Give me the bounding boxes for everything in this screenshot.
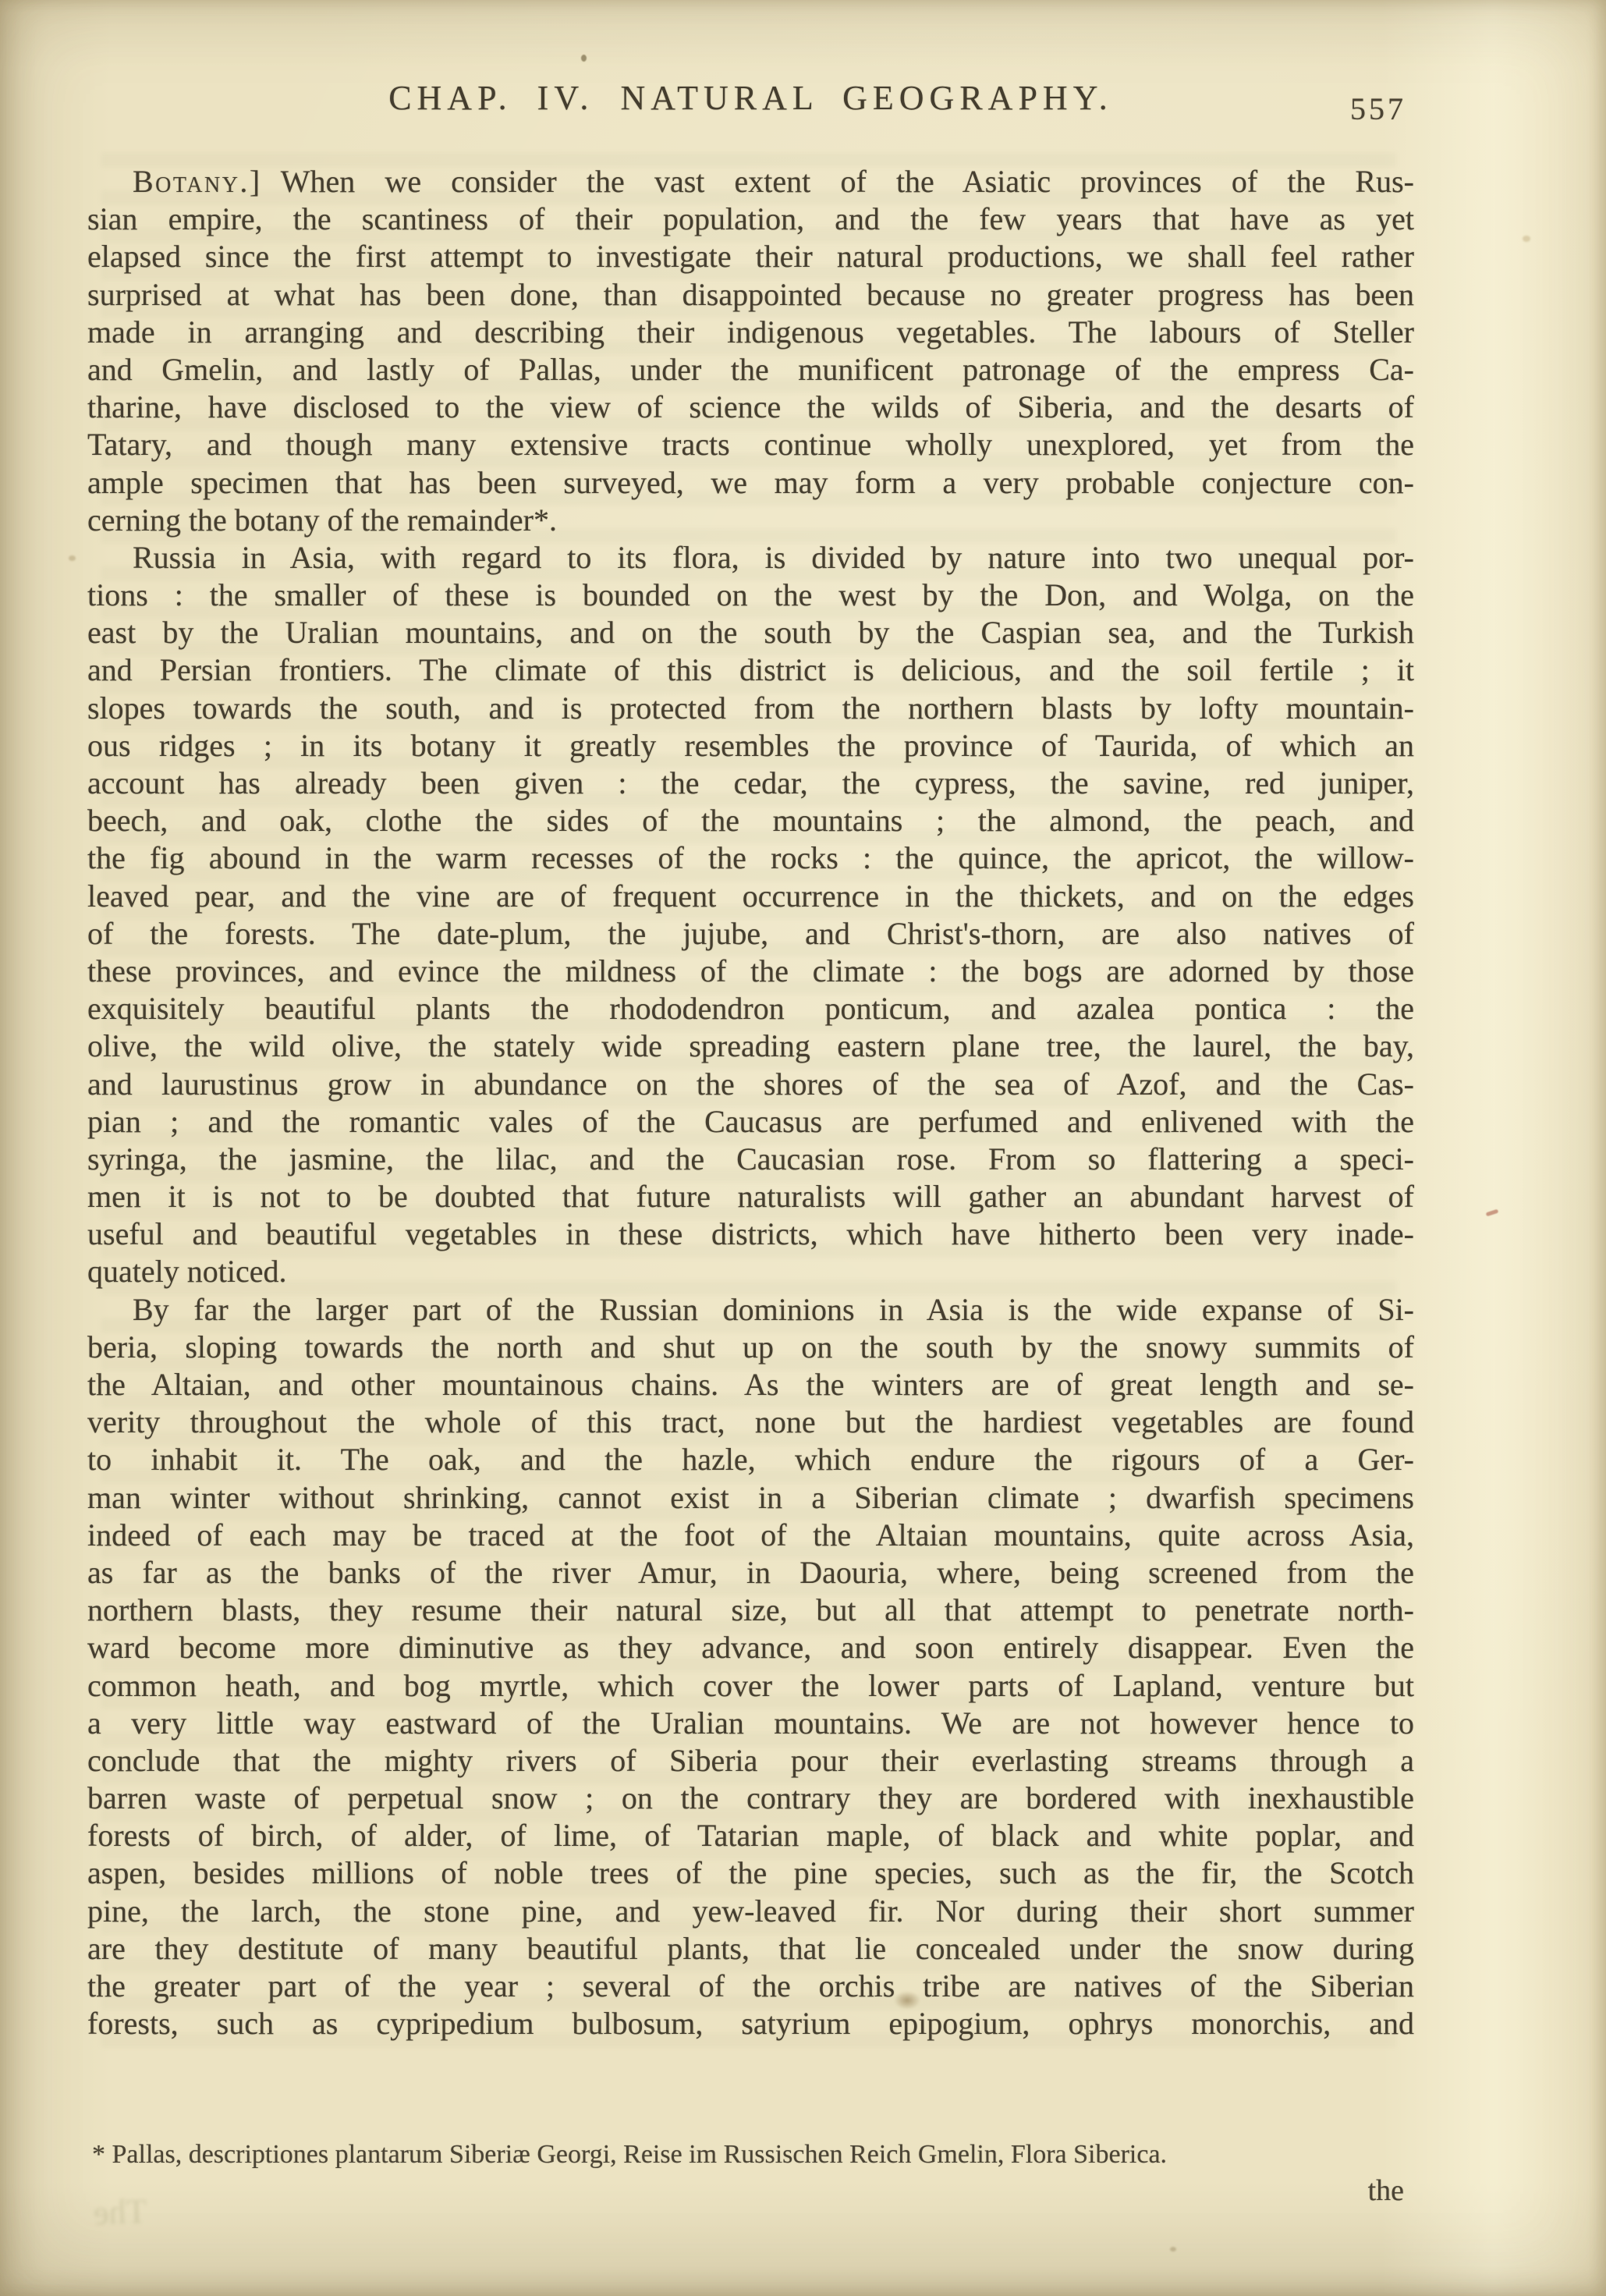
text-line: olive, the wild olive, the stately wide … [87,1027,1414,1065]
paper-speck [1170,2247,1176,2252]
text-line: east by the Uralian mountains, and on th… [87,614,1414,651]
text-line: man winter without shrinking, cannot exi… [87,1479,1414,1517]
running-head: CHAP. IV.NATURAL GEOGRAPHY. 557 [87,81,1414,115]
text-line: pian ; and the romantic vales of the Cau… [87,1103,1414,1141]
text-line: sian empire, the scantiness of their pop… [87,201,1414,238]
text-line: common heath, and bog myrtle, which cove… [87,1667,1414,1705]
paragraph: Botany.]When we consider the vast extent… [87,163,1414,539]
paragraph-lead: Botany.] [133,164,262,199]
text-line: cerning the botany of the remainder*. [87,502,1414,539]
text-line: beria, sloping towards the north and shu… [87,1329,1414,1366]
text-line: barren waste of perpetual snow ; on the … [87,1780,1414,1817]
body-text: Botany.]When we consider the vast extent… [87,163,1414,2042]
paper-speck [1523,236,1530,242]
footnote: * Pallas, descriptiones plantarum Siberi… [92,2138,1387,2172]
chapter-heading: CHAP. IV.NATURAL GEOGRAPHY. [388,79,1113,117]
text-line: By far the larger part of the Russian do… [87,1291,1414,1329]
chapter-number: CHAP. IV. [388,79,594,117]
bleed-through-text: The [93,2191,147,2233]
text-line: forests, such as cypripedium bulbosum, s… [87,2005,1414,2042]
paper-speck [581,55,587,62]
text-line: verity throughout the whole of this trac… [87,1404,1414,1441]
text-line: Tatary, and though many extensive tracts… [87,426,1414,463]
text-line: these provinces, and evince the mildness… [87,953,1414,990]
text-line: Botany.]When we consider the vast extent… [87,163,1414,201]
text-line: surprised at what has been done, than di… [87,276,1414,314]
page-number: 557 [1350,94,1406,125]
text-line: ample specimen that has been surveyed, w… [87,464,1414,502]
paper-speck [69,555,76,561]
text-line: useful and beautiful vegetables in these… [87,1215,1414,1253]
text-line: beech, and oak, clothe the sides of the … [87,802,1414,839]
red-speck [1486,1209,1499,1217]
paragraph: Russia in Asia, with regard to its flora… [87,539,1414,1291]
text-line: ward become more diminutive as they adva… [87,1629,1414,1666]
text-line: quately noticed. [87,1253,1414,1290]
text-line: tions : the smaller of these is bounded … [87,577,1414,614]
text-line: elapsed since the first attempt to inves… [87,238,1414,275]
text-line: to inhabit it. The oak, and the hazle, w… [87,1441,1414,1478]
text-line: syringa, the jasmine, the lilac, and the… [87,1141,1414,1178]
book-page: CHAP. IV.NATURAL GEOGRAPHY. 557 Botany.]… [0,0,1606,2296]
text-line: and Persian frontiers. The climate of th… [87,651,1414,689]
text-line: as far as the banks of the river Amur, i… [87,1554,1414,1592]
text-line: tharine, have disclosed to the view of s… [87,389,1414,426]
text-line: men it is not to be doubted that future … [87,1178,1414,1215]
text-line: and laurustinus grow in abundance on the… [87,1066,1414,1103]
text-line: pine, the larch, the stone pine, and yew… [87,1893,1414,1930]
text-line: made in arranging and describing their i… [87,314,1414,351]
text-line: the Altaian, and other mountainous chain… [87,1366,1414,1404]
chapter-title: NATURAL GEOGRAPHY. [620,79,1112,117]
text-line: ous ridges ; in its botany it greatly re… [87,727,1414,765]
text-line: northern blasts, they resume their natur… [87,1592,1414,1629]
text-line: the fig abound in the warm recesses of t… [87,839,1414,877]
text-line: aspen, besides millions of noble trees o… [87,1854,1414,1892]
text-line: leaved pear, and the vine are of frequen… [87,878,1414,915]
text-line: a very little way eastward of the Uralia… [87,1705,1414,1742]
text-line: the greater part of the year ; several o… [87,1968,1414,2005]
catchword: the [87,2174,1404,2208]
text-line: forests of birch, of alder, of lime, of … [87,1817,1414,1854]
text-line: are they destitute of many beautiful pla… [87,1930,1414,1968]
text-line: Russia in Asia, with regard to its flora… [87,539,1414,577]
text-line: slopes towards the south, and is protect… [87,690,1414,727]
text-line: and Gmelin, and lastly of Pallas, under … [87,351,1414,389]
text-line: conclude that the mighty rivers of Siber… [87,1742,1414,1780]
text-line: indeed of each may be traced at the foot… [87,1517,1414,1554]
paragraph: By far the larger part of the Russian do… [87,1291,1414,2043]
text-line: account has already been given : the ced… [87,765,1414,802]
text-line: exquisitely beautiful plants the rhodode… [87,990,1414,1027]
text-line: of the forests. The date-plum, the jujub… [87,915,1414,953]
